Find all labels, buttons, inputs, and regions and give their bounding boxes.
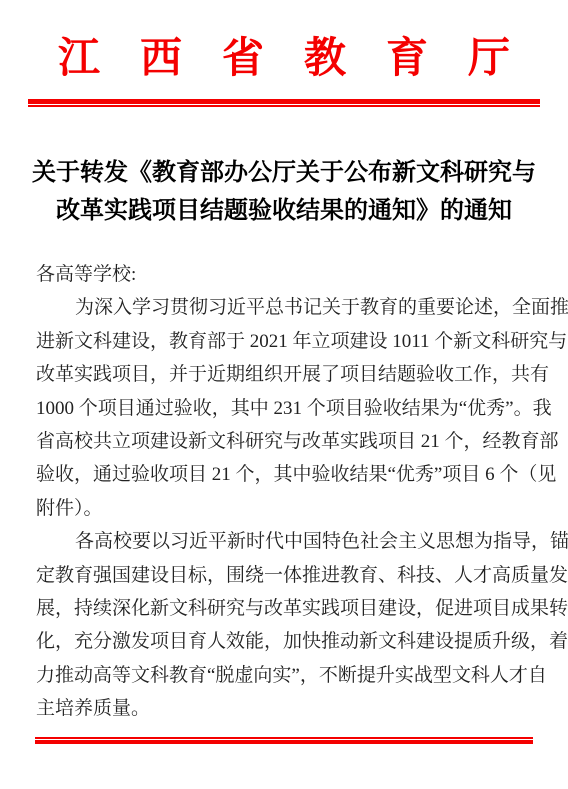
paragraph2-line: 展，持续深化新文科研究与改革实践项目建设，促进项目成果转: [36, 592, 534, 625]
separator-thick-line: [35, 740, 533, 744]
paragraph1-line: 进新文科建设，教育部于 2021 年立项建设 1011 个新文科研究与: [36, 325, 534, 358]
letterhead-separator-top: [28, 99, 540, 107]
separator-thin-line: [28, 105, 540, 107]
paragraph1-line: 验收，通过验收项目 21 个，其中验收结果“优秀”项目 6 个（见: [36, 458, 534, 491]
footer-separator: [35, 737, 533, 744]
agency-letterhead: 江西省教育厅: [0, 38, 568, 80]
paragraph1-line: 改革实践项目，并于近期组织开展了项目结题验收工作，共有: [36, 358, 534, 391]
document-title-line1: 关于转发《教育部办公厅关于公布新文科研究与: [0, 154, 568, 192]
document-body: 各高等学校: 为深入学习贯彻习近平总书记关于教育的重要论述，全面推 进新文科建设…: [36, 258, 534, 726]
salutation: 各高等学校:: [36, 258, 534, 291]
paragraph1-line: 附件）。: [36, 492, 534, 525]
paragraph1-line: 省高校共立项建设新文科研究与改革实践项目 21 个，经教育部: [36, 425, 534, 458]
document-title: 关于转发《教育部办公厅关于公布新文科研究与 改革实践项目结题验收结果的通知》的通…: [0, 154, 568, 230]
document-title-line2: 改革实践项目结题验收结果的通知》的通知: [0, 192, 568, 230]
paragraph1-line: 为深入学习贯彻习近平总书记关于教育的重要论述，全面推: [36, 291, 534, 324]
paragraph1-line: 1000 个项目通过验收，其中 231 个项目验收结果为“优秀”。我: [36, 392, 534, 425]
paragraph2-line: 各高校要以习近平新时代中国特色社会主义思想为指导，锚: [36, 525, 534, 558]
document-page: 江西省教育厅 关于转发《教育部办公厅关于公布新文科研究与 改革实践项目结题验收结…: [0, 0, 568, 789]
paragraph2-line: 主培养质量。: [36, 692, 534, 725]
paragraph2-line: 力推动高等文科教育“脱虚向实”，不断提升实战型文科人才自: [36, 659, 534, 692]
paragraph2-line: 化，充分激发项目育人效能，加快推动新文科建设提质升级，着: [36, 625, 534, 658]
paragraph2-line: 定教育强国建设目标，围绕一体推进教育、科技、人才高质量发: [36, 559, 534, 592]
